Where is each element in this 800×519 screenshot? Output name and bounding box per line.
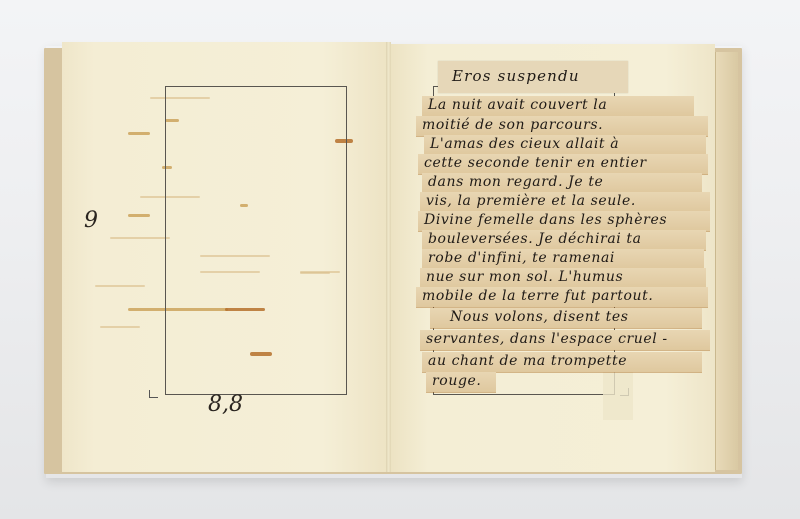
poem-line: vis, la première et la seule. (420, 192, 710, 212)
poem-line: Nous volons, disent tes (430, 308, 702, 328)
book-gutter (386, 42, 391, 472)
poem-line: cette seconde tenir en entier (418, 154, 708, 174)
poem-line: L'amas des cieux allait à (424, 135, 706, 155)
poem-line: nue sur mon sol. L'humus (420, 268, 706, 288)
title-strip: Eros suspendu (438, 61, 628, 93)
measurement-annotation: 8,8 (208, 392, 243, 417)
poem-title: Eros suspendu (452, 67, 580, 85)
page-edges (715, 52, 738, 470)
poem-line: servantes, dans l'espace cruel - (420, 330, 710, 350)
crop-mark-left (149, 390, 158, 398)
poem-line: rouge. (426, 372, 496, 392)
page-number: 9 (84, 208, 98, 233)
poem-line: au chant de ma trompette (422, 352, 702, 372)
poem-line: moitié de son parcours. (416, 116, 708, 136)
poem-line: La nuit avait couvert la (422, 96, 694, 116)
poem-line: robe d'infini, te ramenai (422, 249, 704, 269)
poem-line: Divine femelle dans les sphères (418, 211, 710, 231)
left-page-frame (165, 86, 347, 395)
poem-line: bouleversées. Je déchirai ta (422, 230, 706, 250)
poem-line: dans mon regard. Je te (422, 173, 702, 193)
poem-line: mobile de la terre fut partout. (416, 287, 708, 307)
